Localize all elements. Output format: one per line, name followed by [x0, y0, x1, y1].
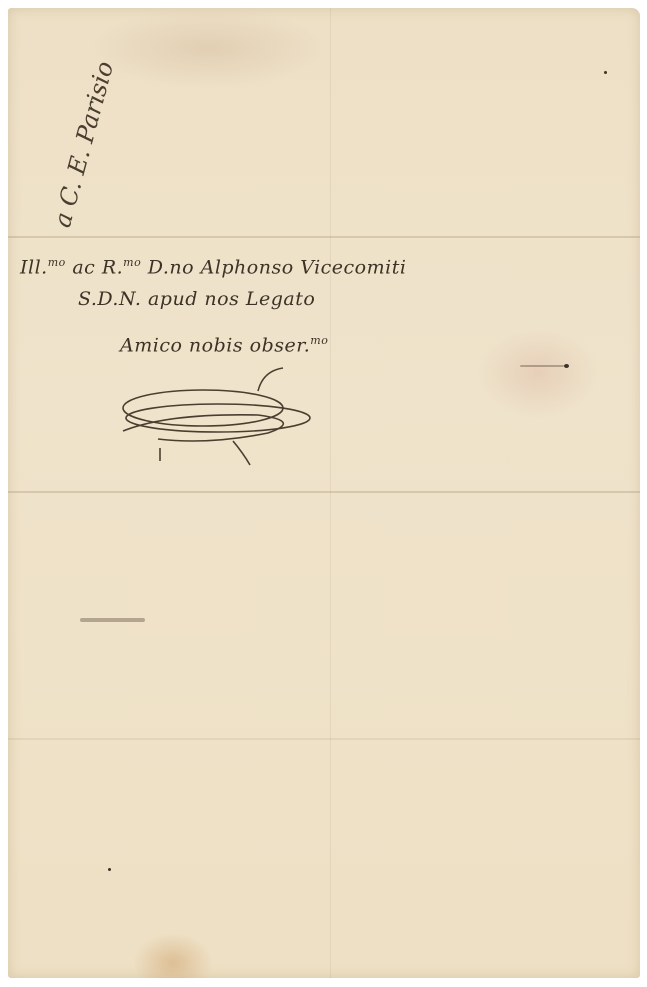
superscript: mo: [310, 334, 328, 347]
ink-smudge: [520, 365, 564, 367]
fold-line-upper: [8, 236, 640, 238]
fold-line-vertical: [330, 8, 331, 978]
ink-spot: [604, 71, 607, 74]
ink-smudge: [80, 618, 145, 622]
fold-line-lower: [8, 738, 640, 740]
ink-spot: [564, 364, 569, 368]
manuscript-sheet: a C. E. Parisio Ill.mo ac R.mo D.no Alph…: [8, 8, 640, 978]
marginal-note: a C. E. Parisio: [48, 58, 119, 230]
superscript: mo: [48, 256, 66, 269]
addressee-name: D.no Alphonso Vicecomiti: [148, 256, 407, 278]
address-line-3: Amico nobis obser.mo: [120, 334, 328, 356]
superscript: mo: [123, 256, 141, 269]
ink-spot: [108, 868, 111, 871]
fold-line-middle: [8, 491, 640, 493]
address-title-2: ac R.: [72, 256, 123, 278]
paraph-flourish-icon: [108, 363, 328, 473]
address-salutation: Amico nobis obser.: [120, 334, 310, 356]
address-line-1: Ill.mo ac R.mo D.no Alphonso Vicecomiti: [20, 256, 406, 278]
address-line-2: S.D.N. apud nos Legato: [78, 288, 315, 310]
address-title-1: Ill.: [20, 256, 48, 278]
